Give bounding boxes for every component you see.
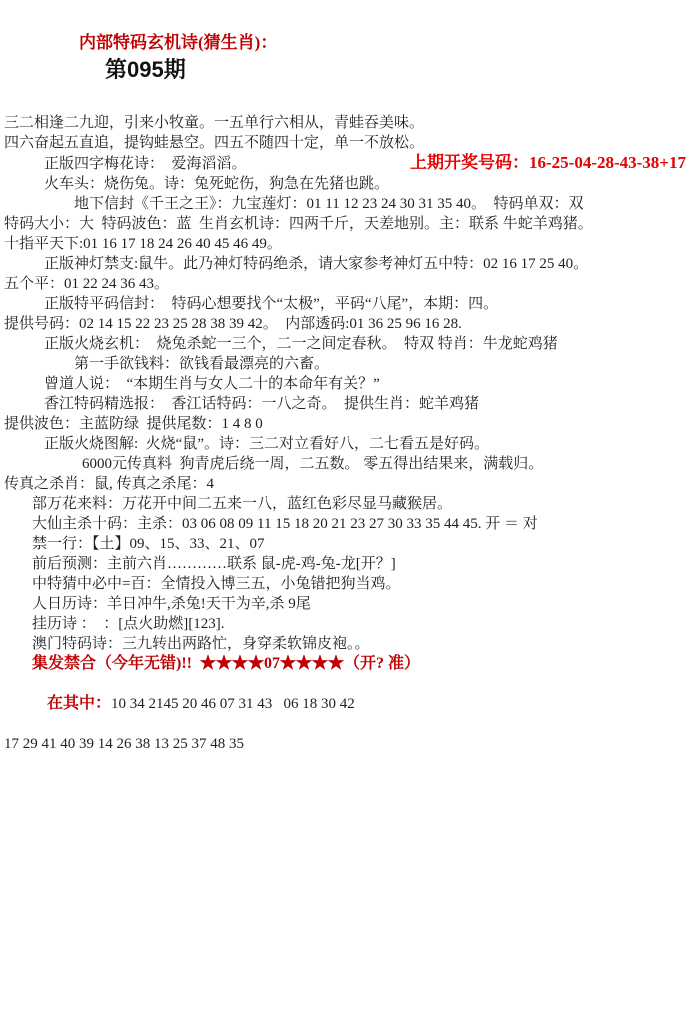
- body-line: 香江特码精选报： 香江话特码：一八之奇。 提供生肖：蛇羊鸡猪: [44, 394, 688, 414]
- body-line: 提供波色：主蓝防绿 提供尾数：1 4 8 0: [4, 414, 688, 434]
- body-line: 正版火烧玄机： 烧兔杀蛇一三个，二一之间定春秋。 特双 特肖：牛龙蛇鸡猪: [44, 334, 688, 354]
- body-line: 五个平：01 22 24 36 43。: [4, 274, 688, 294]
- in-it-row: 在其中：10 34 2145 20 46 07 31 43 06 18 30 4…: [32, 674, 688, 734]
- last-draw-numbers: 16-25-04-28-43-38+17: [529, 153, 686, 172]
- body-line: 中特猜中必中=百：全情投入博三五，小兔错把狗当鸡。: [32, 574, 688, 594]
- body-line: 挂历诗 ： ：[点火助燃][123].: [32, 614, 688, 634]
- issue-number: 第095期: [105, 57, 186, 82]
- body-line: 澳门特码诗：三九转出两路忙，身穿柔软锦皮袍。。: [32, 634, 688, 654]
- body-line: 正版火烧图解: 火烧“鼠”。诗：三二对立看好八，二七看五是好码。: [44, 434, 688, 454]
- body-line: 人日历诗：羊日冲牛,杀兔!天干为辛,杀 9尾: [32, 594, 688, 614]
- body-line: 6000元传真料 狗青虎后绕一周，二五数。 零五得出结果来，满载归。: [82, 454, 688, 474]
- body-line: 火车头：烧伤兔。诗：兔死蛇伤，狗急在先猪也跳。: [44, 174, 688, 194]
- body-line: 第一手欲钱料：欲钱看最漂亮的六畜。: [74, 354, 688, 374]
- body-line: 部万花来料：万花开中间二五来一八，蓝红色彩尽显马藏猴居。: [32, 494, 688, 514]
- body-line: 禁一行：【土】09、15、33、21、07: [32, 534, 688, 554]
- meihua-lastdraw-row: 正版四字梅花诗： 爱海滔滔。 上期开奖号码：16-25-04-28-43-38+…: [4, 153, 688, 174]
- body-line: 正版特平码信封： 特码心想要找个“太极”，平码“八尾”，本期：四。: [44, 294, 688, 314]
- in-it-numbers: 10 34 2145 20 46 07 31 43 06 18 30 42: [111, 696, 355, 712]
- body-line: 特码大小：大 特码波色：蓝 生肖玄机诗：四两千斤，天差地别。主：联系 牛蛇羊鸡猪…: [4, 214, 688, 234]
- lottery-tip-sheet: 内部特码玄机诗(猜生肖)： 第095期 三二相逢二九迎，引来小牧童。一五单行六相…: [0, 0, 690, 1033]
- last-draw-result: 上期开奖号码：16-25-04-28-43-38+17: [410, 153, 686, 173]
- meihua-poem: 正版四字梅花诗： 爱海滔滔。: [44, 154, 247, 174]
- body-line: 前后预测：主前六肖…………联系 鼠-虎-鸡-兔-龙[开？]: [32, 554, 688, 574]
- jifa-banner: 集发禁合（今年无错)!! ★★★★07★★★★（开? 准）: [32, 654, 688, 674]
- body-line: 大仙主杀十码：主杀：03 06 08 09 11 15 18 20 21 23 …: [32, 514, 688, 534]
- in-it-label: 在其中：: [47, 695, 111, 712]
- body-line: 提供号码：02 14 15 22 23 25 28 38 39 42。 内部透码…: [4, 314, 688, 334]
- poem-line-2: 四六奋起五直追，提钩蛙悬空。四五不随四十定，单一不放松。: [4, 133, 688, 153]
- body-line: 传真之杀肖：鼠, 传真之杀尾：4: [4, 474, 688, 494]
- body-line: 十指平天下:01 16 17 18 24 26 40 45 46 49。: [4, 234, 688, 254]
- sheet-title: 内部特码玄机诗(猜生肖)：: [79, 33, 277, 52]
- header: 内部特码玄机诗(猜生肖)： 第095期: [4, 4, 688, 112]
- body-line: 正版神灯禁支:鼠牛。此乃神灯特码绝杀，请大家参考神灯五中特：02 16 17 2…: [44, 254, 688, 274]
- last-draw-label: 上期开奖号码：: [410, 153, 529, 172]
- poem-line-1: 三二相逢二九迎，引来小牧童。一五单行六相从，青蛙吞美味。: [4, 113, 688, 133]
- tail-numbers: 17 29 41 40 39 14 26 38 13 25 37 48 35: [4, 734, 688, 754]
- body-line: 地下信封《千王之王》：九宝莲灯：01 11 12 23 24 30 31 35 …: [74, 194, 688, 214]
- body-line: 曾道人说： “本期生肖与女人二十的本命年有关？”: [44, 374, 688, 394]
